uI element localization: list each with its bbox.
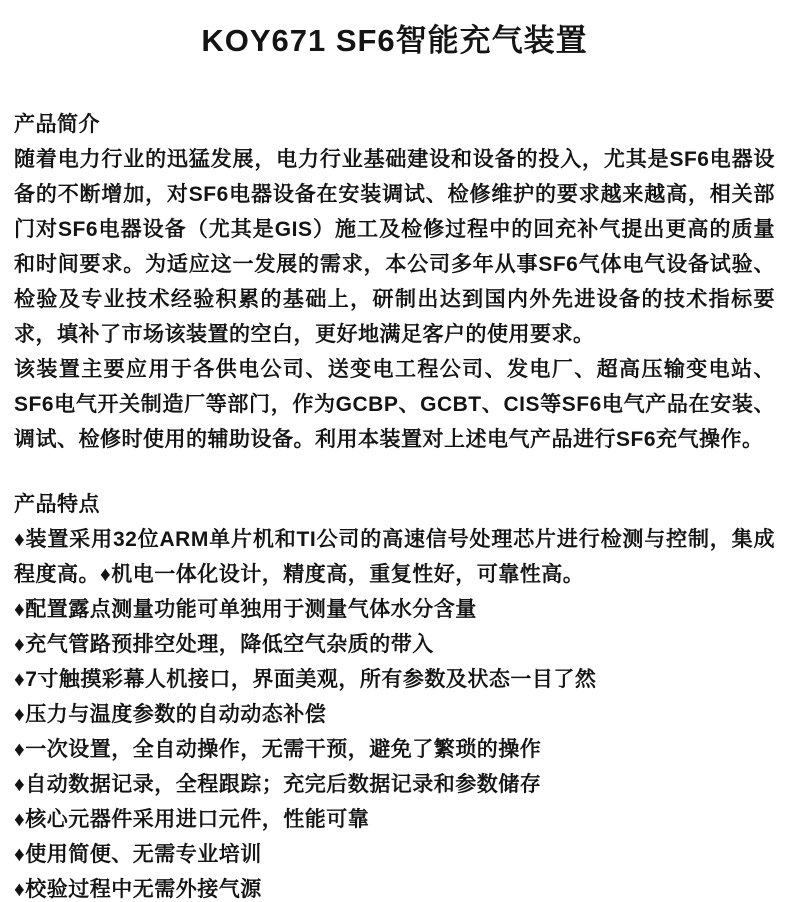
- features-heading: 产品特点: [14, 487, 775, 522]
- feature-item: ♦一次设置，全自动操作，无需干预，避免了繁琐的操作: [14, 732, 775, 767]
- intro-heading: 产品简介: [14, 107, 775, 142]
- feature-item: ♦使用简便、无需专业培训: [14, 837, 775, 872]
- feature-item: ♦压力与温度参数的自动动态补偿: [14, 697, 775, 732]
- feature-item: ♦7寸触摸彩幕人机接口，界面美观，所有参数及状态一目了然: [14, 662, 775, 697]
- feature-item: ♦装置采用32位ARM单片机和TI公司的高速信号处理芯片进行检测与控制，集成程度…: [14, 522, 775, 592]
- feature-item: ♦校验过程中无需外接气源: [14, 872, 775, 902]
- feature-item: ♦自动数据记录，全程跟踪；充完后数据记录和参数储存: [14, 767, 775, 802]
- feature-item: ♦配置露点测量功能可单独用于测量气体水分含量: [14, 592, 775, 627]
- intro-paragraph: 随着电力行业的迅猛发展，电力行业基础建设和设备的投入，尤其是SF6电器设备的不断…: [14, 142, 775, 352]
- feature-item: ♦充气管路预排空处理，降低空气杂质的带入: [14, 627, 775, 662]
- feature-item: ♦核心元器件采用进口元件，性能可靠: [14, 802, 775, 837]
- features-section: 产品特点 ♦装置采用32位ARM单片机和TI公司的高速信号处理芯片进行检测与控制…: [14, 487, 775, 902]
- page-title: KOY671 SF6智能充气装置: [14, 22, 775, 59]
- intro-paragraph: 该装置主要应用于各供电公司、送变电工程公司、发电厂、超高压输变电站、SF6电气开…: [14, 352, 775, 457]
- intro-section: 产品简介 随着电力行业的迅猛发展，电力行业基础建设和设备的投入，尤其是SF6电器…: [14, 107, 775, 457]
- product-document: KOY671 SF6智能充气装置 产品简介 随着电力行业的迅猛发展，电力行业基础…: [0, 22, 790, 902]
